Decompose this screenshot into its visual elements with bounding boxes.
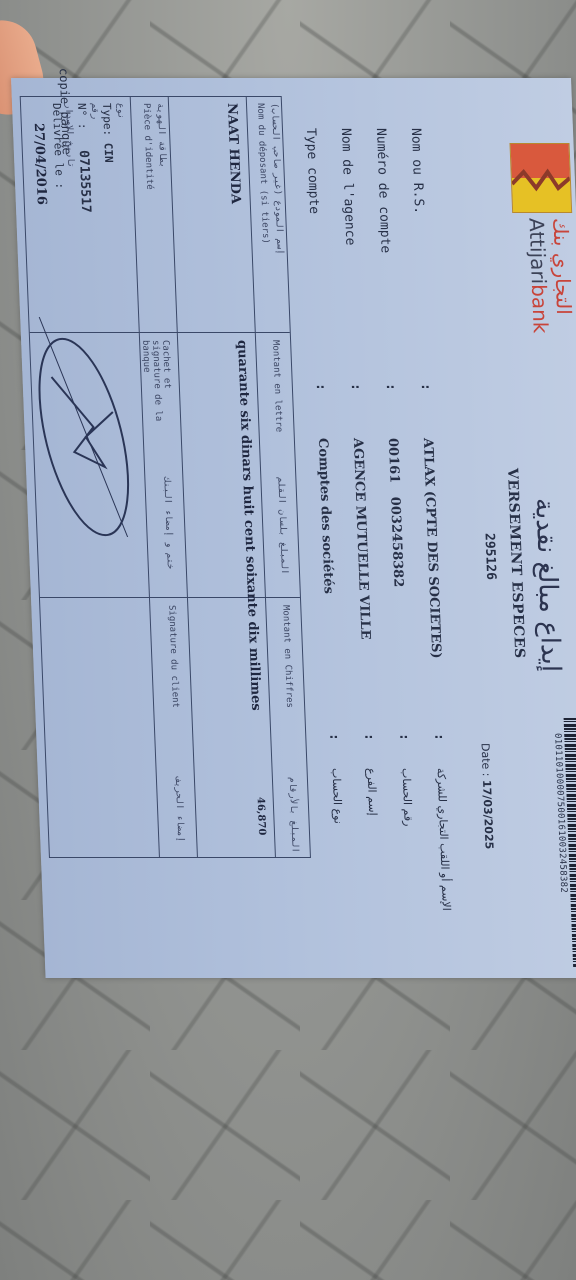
- id-type-label-ar: نوع: [115, 103, 126, 119]
- title-arabic: إيداع مبالغ نقدية: [529, 498, 566, 672]
- bank-name-suffix: bank: [527, 284, 553, 333]
- date-field: Date : 17/03/2025: [479, 743, 496, 849]
- slip-title: VERSEMENT ESPECES: [504, 468, 527, 659]
- colon: :: [361, 733, 376, 741]
- depositor-name: NAAT HENDA: [224, 103, 243, 204]
- signature-scribble-icon: [29, 317, 147, 537]
- client-signature-label: Signature du client: [166, 605, 180, 708]
- date-value: 17/03/2025: [480, 780, 496, 849]
- bank-name-arabic: التجاري بنك: [548, 218, 576, 315]
- bank-stamp-label-ar: ختم و إمضاء البنك: [161, 477, 175, 569]
- colon: :: [313, 383, 328, 391]
- field-label-name: Nom ou R.S.: [408, 128, 426, 214]
- id-type: Type: CIN: [100, 103, 115, 163]
- id-issued-date: 27/04/2016: [31, 123, 49, 205]
- amount-words-label: Montant en lettre: [270, 340, 284, 432]
- field-value-account: 00161 0032458382: [385, 438, 406, 587]
- field-label-agency-ar: إسم الفرع: [365, 768, 380, 816]
- deposit-slip: AGENCE LE BARDO التجاري بنك Attijaribank…: [11, 78, 576, 978]
- colon: :: [383, 383, 398, 391]
- field-label-account-type-ar: نوع الحساب: [330, 768, 345, 824]
- id-number-value: 07135517: [76, 150, 93, 213]
- colon: :: [326, 733, 341, 741]
- amount-in-words: quarante six dinars huit cent soixante d…: [232, 340, 267, 780]
- id-label-ar: بطاقة الهوية: [155, 103, 167, 168]
- bank-name: Attijaribank: [524, 218, 552, 333]
- date-label: Date :: [479, 743, 493, 777]
- deposit-table: إسم المودع (غير صاحب الحساب) Nom du dépo…: [20, 96, 311, 858]
- id-type-value: CIN: [101, 143, 115, 163]
- id-number: N° : 07135517: [74, 103, 93, 213]
- amount-in-figures: 46,870: [255, 797, 267, 835]
- id-number-label-ar: رقم: [89, 103, 100, 119]
- field-label-agency: Nom de l'agence: [338, 128, 358, 245]
- slip-number: 295126: [481, 533, 498, 580]
- field-label-account-ar: رقم الحساب: [400, 768, 415, 826]
- colon: :: [418, 383, 433, 391]
- depositor-label: Nom du déposant (si tiers): [255, 103, 270, 244]
- field-value-agency: AGENCE MUTUELLE VILLE: [350, 438, 373, 639]
- client-signature-label-ar: إمضاء الحريف: [173, 777, 185, 842]
- id-number-label: N° :: [75, 103, 89, 130]
- depositor-label-ar: إسم المودع (غير صاحب الحساب): [269, 103, 285, 255]
- divider: [40, 597, 300, 598]
- field-value-account-type: Comptes des sociétés: [315, 438, 336, 594]
- bank-logo-icon: [509, 143, 572, 213]
- colon: :: [431, 733, 446, 741]
- divider: [168, 97, 198, 857]
- amount-words-label-ar: المبلغ بلسان القلم: [275, 477, 289, 575]
- id-type-label: Type:: [100, 103, 114, 136]
- field-label-account: Numéro de compte: [373, 128, 393, 253]
- amount-figures-label-ar: المبلغ بالأرقام: [287, 777, 300, 853]
- field-label-name-ar: الإسم أو اللقب التجاري للشركة: [435, 768, 453, 911]
- colon: :: [348, 383, 363, 391]
- field-value-name: ATLAX (CPTE DES SOCIETES): [420, 438, 443, 659]
- id-label: Pièce d'identité: [141, 103, 154, 190]
- colon: :: [396, 733, 411, 741]
- amount-figures-label: Montant en Chiffres: [280, 605, 294, 708]
- bank-stamp-label: Cachet et signature de la banque: [140, 340, 173, 430]
- bank-name-prefix: Attijari: [524, 218, 551, 284]
- field-label-account-type: Type compte: [303, 128, 321, 214]
